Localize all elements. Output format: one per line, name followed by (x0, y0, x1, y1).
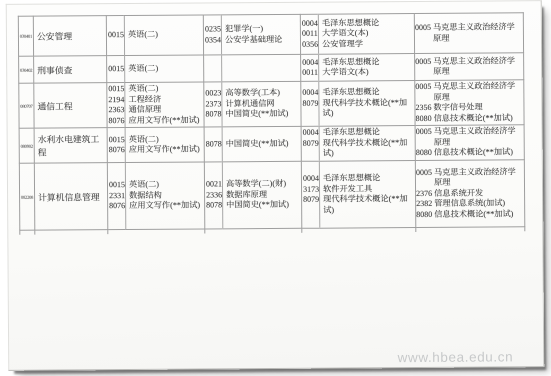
course-name: 中国简史(**加试) (222, 109, 300, 120)
course-code: 0015 (107, 84, 125, 95)
course-name: 大学语文(本) (319, 67, 414, 78)
course-name: 中国简史(**加试) (223, 200, 301, 211)
course-code: 8078 (205, 139, 223, 150)
course-name: 毛泽东思想概论 (319, 18, 414, 29)
course-line: 8076应用文写作(**加试) (108, 115, 204, 126)
course-name: 数据库原理 (223, 190, 301, 201)
course-slot-cell: 0005马克思主义政治经济学原理8080信息技术概论(**加试) (415, 125, 524, 161)
course-code: 0354 (204, 35, 222, 46)
course-line: 0005马克思主义政治经济学原理 (415, 56, 523, 78)
course-name: 马克思主义政治经济学原理 (433, 22, 523, 44)
course-name: 计算机通信网 (222, 99, 300, 110)
course-code: 0005 (415, 82, 433, 93)
course-line: 0005马克思主义政治经济学原理 (416, 167, 524, 189)
major-name: 公安管理 (33, 16, 106, 57)
course-code: 8076 (108, 201, 126, 212)
course-line: 2376信息系统开发 (416, 188, 524, 199)
course-line: 8078中国简史(**加试) (205, 200, 301, 211)
stub-cell (416, 227, 525, 232)
course-line: 2382管理信息系统(加试) (416, 199, 524, 210)
exam-schedule-table: 030401公安管理0015英语(二)0235犯罪学(一)0354公安学基础理论… (18, 12, 526, 235)
course-code: 0023 (204, 89, 222, 100)
major-name: 计算机信息管理 (34, 163, 107, 231)
course-line: 0021高等数学(二)(财) (205, 179, 301, 190)
course-name: 英语(二) (125, 63, 203, 74)
major-code: 030401 (18, 16, 33, 56)
course-line: 2363通信原理 (107, 104, 203, 115)
course-name: 应用文写作(**加试) (126, 115, 204, 126)
course-slot-cell: 0005马克思主义政治经济学原理 (415, 53, 524, 81)
course-slot-cell: 0005马克思主义政治经济学原理2376信息系统开发2382管理信息系统(加试)… (415, 160, 524, 228)
grid-divider (221, 15, 222, 54)
table-row: 030401公安管理0015英语(二)0235犯罪学(一)0354公安学基础理论… (18, 13, 523, 57)
course-name: 工程经济 (125, 94, 203, 105)
course-line: 2356数字信号处理 (415, 102, 523, 113)
stub-cell (20, 230, 35, 235)
course-name: 马克思主义政治经济学原理 (433, 81, 523, 103)
major-name: 刑事侦查 (34, 56, 107, 84)
grid-divider (222, 127, 223, 161)
course-code: 0015 (108, 180, 126, 191)
course-name: 现代科学技术概论(**加试) (320, 194, 415, 216)
course-line: 0354公安学基础理论 (204, 34, 300, 45)
course-code: 2336 (205, 190, 223, 201)
course-line: 8078中国简史(**加试) (205, 139, 301, 150)
course-code: 8080 (416, 210, 434, 221)
grid-divider (318, 55, 319, 81)
course-slot-cell: 0235犯罪学(一)0354公安学基础理论 (203, 14, 300, 55)
course-name: 中国简史(**加试) (223, 139, 301, 150)
grid-divider (221, 55, 222, 81)
course-code: 8080 (416, 113, 434, 124)
table-body: 030401公安管理0015英语(二)0235犯罪学(一)0354公安学基础理论… (18, 13, 525, 235)
course-code: 8080 (416, 148, 434, 159)
course-line: 0015英语(二) (107, 83, 203, 94)
course-code: 0005 (415, 23, 433, 34)
grid-divider (124, 16, 125, 55)
watermark: www.hbea.edu.cn (398, 349, 514, 365)
course-slot-cell: 0005马克思主义政治经济学原理2356数字信号处理8080信息技术概论(**加… (415, 80, 524, 126)
stub-cell (302, 228, 416, 233)
course-code: 0005 (416, 168, 434, 179)
course-name: 软件开发工具 (320, 184, 415, 195)
course-slot-cell: 0021高等数学(二)(财)2336数据库原理8078中国简史(**加试) (204, 161, 301, 229)
course-name: 犯罪学(一) (222, 24, 300, 35)
course-slot-cell: 0004毛泽东思想概论0011大学语文(本) (301, 54, 415, 82)
stub-cell (108, 229, 205, 234)
course-name: 毛泽东思想概论 (319, 87, 414, 98)
course-line: 8080信息技术概论(**加试) (416, 148, 524, 159)
course-code: 0004 (301, 18, 319, 29)
grid-divider (125, 128, 126, 162)
course-name: 通信原理 (125, 104, 203, 115)
course-code: 8079 (302, 195, 320, 206)
table-row: 080902水利水电建筑工程0015英语(二)8076应用文写作(**加试)80… (19, 125, 524, 164)
course-slot-cell: 0004毛泽东思想概论8079现代科学技术概论(**加试) (301, 126, 415, 162)
course-slot-cell: 0015英语(二) (107, 55, 204, 83)
course-line: 0015英语(二) (108, 134, 204, 145)
course-slot-cell: 0015英语(二) (106, 15, 203, 56)
major-name: 通信工程 (34, 83, 107, 129)
course-name: 马克思主义政治经济学原理 (434, 127, 524, 149)
course-code: 0015 (107, 30, 125, 41)
course-name: 应用文写作(**加试) (126, 201, 204, 212)
course-slot-cell: 8078中国简史(**加试) (204, 126, 301, 162)
course-code: 8079 (301, 98, 319, 109)
course-code: 2382 (416, 199, 434, 210)
course-code: 0235 (204, 24, 222, 35)
course-code: 2331 (108, 191, 126, 202)
course-name: 大学语文(本) (319, 28, 414, 39)
grid-divider (124, 56, 125, 82)
table-row: 030402刑事侦查0015英语(二)0004毛泽东思想概论0011大学语文(本… (19, 53, 524, 84)
course-code: 0004 (301, 57, 319, 68)
course-slot-cell: 0004毛泽东思想概论0011大学语文(本)0356公安管理学 (300, 14, 414, 55)
course-code: 8078 (204, 110, 222, 121)
major-code: 080902 (19, 128, 34, 163)
course-code: 2194 (107, 95, 125, 106)
course-slot-cell: 0015英语(二)2194工程经济2363通信原理8076应用文写作(**加试) (107, 82, 204, 128)
course-code: 8079 (302, 138, 320, 149)
course-code: 2373 (204, 99, 222, 110)
major-name: 水利水电建筑工程 (34, 128, 107, 164)
course-name: 高等数学(二)(财) (223, 179, 301, 190)
course-code: 2376 (416, 189, 434, 200)
course-slot-cell: 0023高等数学(工本)2373计算机通信网8078中国简史(**加试) (204, 81, 301, 127)
course-line: 0015英语(二) (108, 180, 204, 191)
course-name: 马克思主义政治经济学原理 (434, 167, 524, 189)
stub-cell (35, 230, 108, 235)
course-line: 0015英语(二) (107, 30, 203, 41)
course-name: 管理信息系统(加试) (434, 199, 524, 210)
course-name: 英语(二) (125, 83, 203, 94)
course-code: 0015 (107, 64, 125, 75)
course-line: 8076应用文写作(**加试) (108, 201, 204, 212)
major-code: 030402 (19, 56, 34, 83)
course-name: 公安管理学 (319, 39, 414, 50)
table-row: 082208计算机信息管理0015英语(二)2331数据结构8076应用文写作(… (19, 160, 525, 231)
course-name: 信息技术概论(**加试) (434, 148, 524, 159)
course-name: 信息技术概论(**加试) (434, 209, 524, 220)
course-name: 毛泽东思想概论 (320, 127, 415, 138)
course-slot-cell: 0004毛泽东思想概论8079现代科学技术概论(**加试) (301, 81, 415, 127)
course-name: 英语(二) (126, 180, 204, 191)
course-slot-cell: 0004毛泽东思想概论3173软件开发工具8079现代科学技术概论(**加试) (301, 161, 415, 229)
course-name: 英语(二) (125, 30, 203, 41)
course-slot-cell: 0005马克思主义政治经济学原理 (414, 13, 523, 54)
course-line: 0235犯罪学(一) (204, 24, 300, 35)
course-line: 2194工程经济 (107, 94, 203, 105)
grid-divider (319, 162, 320, 228)
course-code: 0005 (415, 56, 433, 67)
course-slot-cell (204, 54, 301, 82)
course-code: 0005 (416, 127, 434, 138)
course-name: 数字信号处理 (433, 102, 523, 113)
course-code: 8076 (108, 145, 126, 156)
course-code: 0021 (205, 180, 223, 191)
course-name: 现代科学技术概论(**加试) (320, 138, 415, 160)
table-row: 080707通信工程0015英语(二)2194工程经济2363通信原理8076应… (19, 80, 524, 129)
course-code: 8076 (108, 116, 126, 127)
course-name: 英语(二) (126, 134, 204, 145)
course-code: 0004 (302, 174, 320, 185)
course-slot-cell: 0015英语(二)2331数据结构8076应用文写作(**加试) (107, 162, 204, 230)
course-name: 毛泽东思想概论 (320, 173, 415, 184)
course-slot-cell: 0015英语(二)8076应用文写作(**加试) (107, 127, 204, 163)
course-code: 0015 (108, 135, 126, 146)
course-line: 0005马克思主义政治经济学原理 (416, 127, 524, 149)
course-line: 8078中国简史(**加试) (204, 109, 300, 120)
course-name: 信息技术概论(**加试) (434, 113, 524, 124)
course-code: 3173 (302, 184, 320, 195)
course-name: 马克思主义政治经济学原理 (433, 56, 523, 78)
course-line: 0023高等数学(工本) (204, 88, 300, 99)
course-name: 现代科学技术概论(**加试) (319, 98, 414, 120)
course-code: 8078 (205, 201, 223, 212)
course-name: 公安学基础理论 (222, 34, 300, 45)
course-name: 高等数学(工本) (222, 88, 300, 99)
course-code: 0004 (302, 128, 320, 139)
course-code: 0011 (301, 29, 319, 40)
course-name: 信息系统开发 (434, 188, 524, 199)
major-code: 082208 (19, 163, 34, 230)
course-line: 0005马克思主义政治经济学原理 (415, 22, 523, 44)
course-code: 2363 (107, 105, 125, 116)
course-name: 毛泽东思想概论 (319, 57, 414, 68)
major-code: 080707 (19, 83, 34, 128)
course-line: 8076应用文写作(**加试) (108, 144, 204, 155)
course-code: 0356 (301, 39, 319, 50)
course-code: 2356 (415, 103, 433, 114)
stub-cell (205, 228, 302, 233)
course-code: 0011 (301, 68, 319, 79)
course-name: 应用文写作(**加试) (126, 144, 204, 155)
course-line: 0005马克思主义政治经济学原理 (415, 81, 523, 103)
course-code: 0004 (301, 88, 319, 99)
course-line: 8080信息技术概论(**加试) (416, 209, 524, 220)
course-line: 0015英语(二) (107, 63, 203, 74)
scanned-page: 030401公安管理0015英语(二)0235犯罪学(一)0354公安学基础理论… (6, 0, 545, 371)
course-line: 8080信息技术概论(**加试) (416, 113, 524, 124)
